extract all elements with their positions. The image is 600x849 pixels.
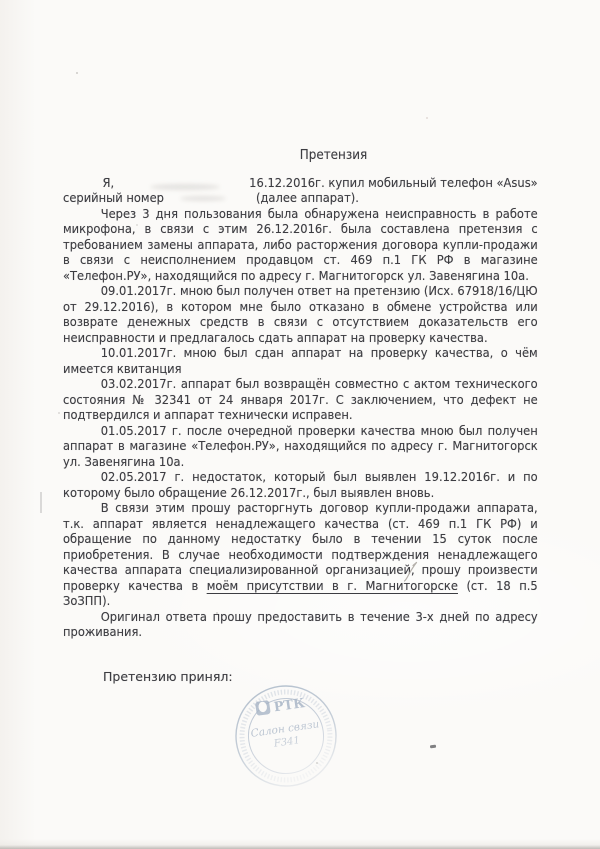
paragraph-text: 02.05.2017 г. недостаток, который был вы… <box>63 469 538 500</box>
redacted-name-smudge <box>150 184 220 190</box>
paragraph-text: 03.02.2017г. аппарат был возвращён совме… <box>63 376 538 422</box>
intro-line-1: Я, 16.12.2016г. купил мобильный телефон … <box>63 175 538 191</box>
paragraph: 10.01.2017г. мною был сдан аппарат на пр… <box>63 345 538 376</box>
stamp-line2-text: F341 <box>272 735 300 750</box>
paragraph: В связи этим прошу расторгнуть договор к… <box>63 500 538 609</box>
paragraph-text: 10.01.2017г. мною был сдан аппарат на пр… <box>63 345 538 376</box>
scan-speck <box>430 745 436 748</box>
paragraph: 01.05.2017 г. после очередной проверки к… <box>63 423 538 470</box>
scan-noise-dots <box>76 72 78 74</box>
scan-bottom-edge-shadow <box>0 845 600 849</box>
stamp-graphic: РТК Салон связи F341 <box>233 683 339 789</box>
paragraph-text: Через 3 дня пользования была обнаружена … <box>63 206 538 283</box>
paragraph: Оригинал ответа прошу предоставить в теч… <box>63 609 538 640</box>
redacted-serial-smudge <box>180 196 226 201</box>
paragraph: 09.01.2017г. мною был получен ответ на п… <box>63 283 538 345</box>
paragraph-text: 01.05.2017 г. после очередной проверки к… <box>63 423 538 469</box>
paragraph-text: Оригинал ответа прошу предоставить в теч… <box>63 609 538 640</box>
paragraph-text: 09.01.2017г. мною был получен ответ на п… <box>63 283 538 345</box>
intro-opening: Я, <box>103 175 115 191</box>
scanned-complaint-page: Претензия Я, 16.12.2016г. купил мобильны… <box>0 0 600 849</box>
purchase-statement: 16.12.2016г. купил мобильный телефон «As… <box>249 175 538 191</box>
rtk-shop-stamp: РТК Салон связи F341 <box>233 683 339 789</box>
document-title: Претензия <box>63 148 538 164</box>
intro-line-2: серийный номер(далее аппарат). <box>63 190 538 206</box>
serial-number-label: серийный номер <box>63 190 164 205</box>
paragraph: 02.05.2017 г. недостаток, который был вы… <box>63 469 538 500</box>
handwritten-tick-mark <box>402 560 422 585</box>
stamp-brand-text: РТК <box>273 696 306 715</box>
device-alias: (далее аппарат). <box>256 190 359 205</box>
paragraph: 03.02.2017г. аппарат был возвращён совме… <box>63 376 538 423</box>
acceptance-label: Претензию принял: <box>103 669 233 684</box>
paragraphs: Через 3 дня пользования была обнаружена … <box>63 206 538 640</box>
document-body: Претензия Я, 16.12.2016г. купил мобильны… <box>63 148 538 640</box>
paragraph: Через 3 дня пользования была обнаружена … <box>63 206 538 284</box>
scan-margin-mark <box>40 492 42 513</box>
